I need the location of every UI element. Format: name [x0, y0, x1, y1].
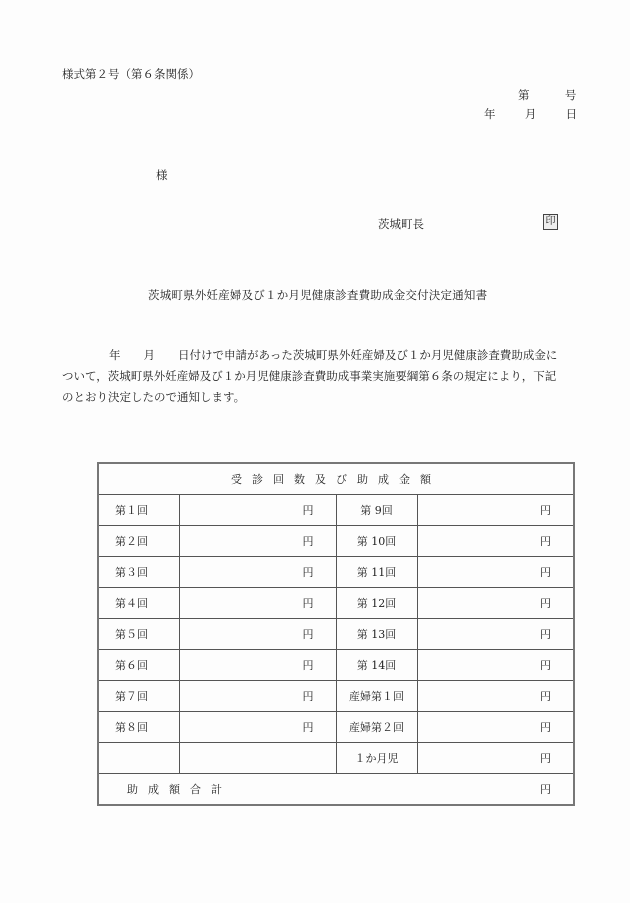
- amount-cell: [179, 743, 336, 774]
- total-amount[interactable]: 円: [336, 774, 574, 806]
- amount-cell[interactable]: 円: [179, 495, 336, 526]
- visit-label: 第１回: [98, 495, 179, 526]
- visit-label: 産婦第１回: [336, 681, 417, 712]
- amount-cell[interactable]: 円: [179, 650, 336, 681]
- body-line-2: ついて，茨城町県外妊産婦及び１か月児健康診査費助成事業実施要綱第６条の規定により…: [62, 366, 572, 387]
- amount-cell[interactable]: 円: [179, 712, 336, 743]
- visit-label: 第８回: [98, 712, 179, 743]
- visit-label: 第３回: [98, 557, 179, 588]
- number-suffix: 号: [565, 87, 577, 103]
- visit-label: 第６回: [98, 650, 179, 681]
- table-row: 第３回 円 第 11回 円: [98, 557, 574, 588]
- visit-label: 産婦第２回: [336, 712, 417, 743]
- date-line: 年 月 日: [484, 106, 577, 122]
- amount-cell[interactable]: 円: [179, 619, 336, 650]
- amount-cell[interactable]: 円: [417, 588, 574, 619]
- visit-label: 第 12回: [336, 588, 417, 619]
- amount-cell[interactable]: 円: [179, 557, 336, 588]
- total-row: 助成額合計 円: [98, 774, 574, 806]
- amount-cell[interactable]: 円: [417, 712, 574, 743]
- body-line-1: 年 月 日付けで申請があった茨城町県外妊産婦及び１か月児健康診査費助成金に: [62, 345, 572, 366]
- date-month: 月: [525, 106, 537, 122]
- number-prefix: 第: [518, 87, 530, 103]
- form-number: 様式第２号（第６条関係）: [62, 66, 200, 82]
- document-title: 茨城町県外妊産婦及び１か月児健康診査費助成金交付決定通知書: [148, 287, 487, 303]
- visit-label: 第 10回: [336, 526, 417, 557]
- table-row: 第６回 円 第 14回 円: [98, 650, 574, 681]
- visit-label: 第５回: [98, 619, 179, 650]
- amount-cell[interactable]: 円: [179, 588, 336, 619]
- visit-label: 第 13回: [336, 619, 417, 650]
- visit-label: [98, 743, 179, 774]
- total-label: 助成額合計: [98, 774, 336, 806]
- table-row: 第７回 円 産婦第１回 円: [98, 681, 574, 712]
- body-line-3: のとおり決定したので通知します。: [62, 387, 572, 408]
- document-number-line: 第 号: [518, 87, 576, 103]
- table-row: １か月児 円: [98, 743, 574, 774]
- visit-label: 第４回: [98, 588, 179, 619]
- visit-label: 第 11回: [336, 557, 417, 588]
- issuer: 茨城町長: [378, 216, 424, 232]
- amount-cell[interactable]: 円: [179, 681, 336, 712]
- table-row: 第４回 円 第 12回 円: [98, 588, 574, 619]
- amount-cell[interactable]: 円: [417, 495, 574, 526]
- visit-label: 第２回: [98, 526, 179, 557]
- addressee: 様: [156, 167, 168, 183]
- table-row: 第８回 円 産婦第２回 円: [98, 712, 574, 743]
- date-year: 年: [484, 106, 496, 122]
- amount-cell[interactable]: 円: [417, 557, 574, 588]
- visit-label: 第７回: [98, 681, 179, 712]
- seal-icon: 印: [543, 214, 558, 230]
- amount-cell[interactable]: 円: [417, 619, 574, 650]
- table-row: 第１回 円 第 9回 円: [98, 495, 574, 526]
- visit-label: 第 14回: [336, 650, 417, 681]
- visit-label: 第 9回: [336, 495, 417, 526]
- visit-label: １か月児: [336, 743, 417, 774]
- amount-cell[interactable]: 円: [179, 526, 336, 557]
- amount-cell[interactable]: 円: [417, 650, 574, 681]
- table-row: 第５回 円 第 13回 円: [98, 619, 574, 650]
- table-header: 受診回数及び助成金額: [98, 463, 574, 495]
- amount-cell[interactable]: 円: [417, 526, 574, 557]
- date-day: 日: [566, 106, 578, 122]
- amount-cell[interactable]: 円: [417, 681, 574, 712]
- table-row: 第２回 円 第 10回 円: [98, 526, 574, 557]
- amount-cell[interactable]: 円: [417, 743, 574, 774]
- subsidy-table: 受診回数及び助成金額 第１回 円 第 9回 円 第２回 円 第 10回 円 第３…: [97, 462, 575, 806]
- body-text: 年 月 日付けで申請があった茨城町県外妊産婦及び１か月児健康診査費助成金に つい…: [62, 345, 572, 408]
